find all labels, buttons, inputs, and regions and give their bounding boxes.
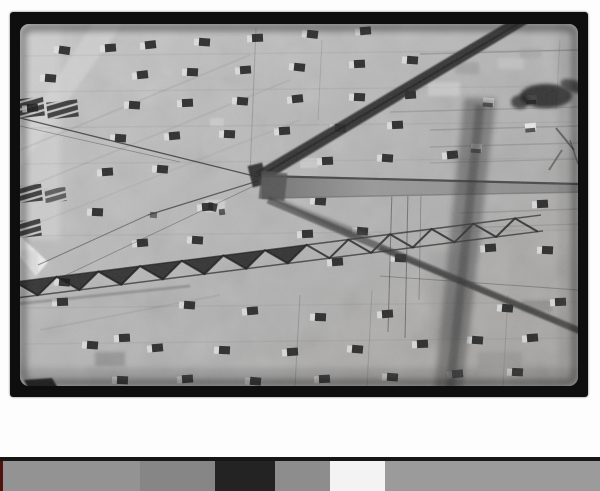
calibration-segment-gray-mid — [140, 461, 215, 491]
film-frame — [10, 12, 588, 397]
calibration-segment-white-patch — [330, 461, 385, 491]
calibration-segment-black-patch — [215, 461, 275, 491]
calibration-segment-gray-right — [385, 461, 600, 491]
calibration-segment-gray-left — [3, 461, 140, 491]
film-grain-overlay — [20, 24, 578, 386]
scanned-photo-page — [0, 0, 600, 491]
grayscale-calibration-strip — [0, 461, 600, 491]
calibration-segment-gray-center — [275, 461, 330, 491]
aerial-photograph — [20, 24, 578, 386]
